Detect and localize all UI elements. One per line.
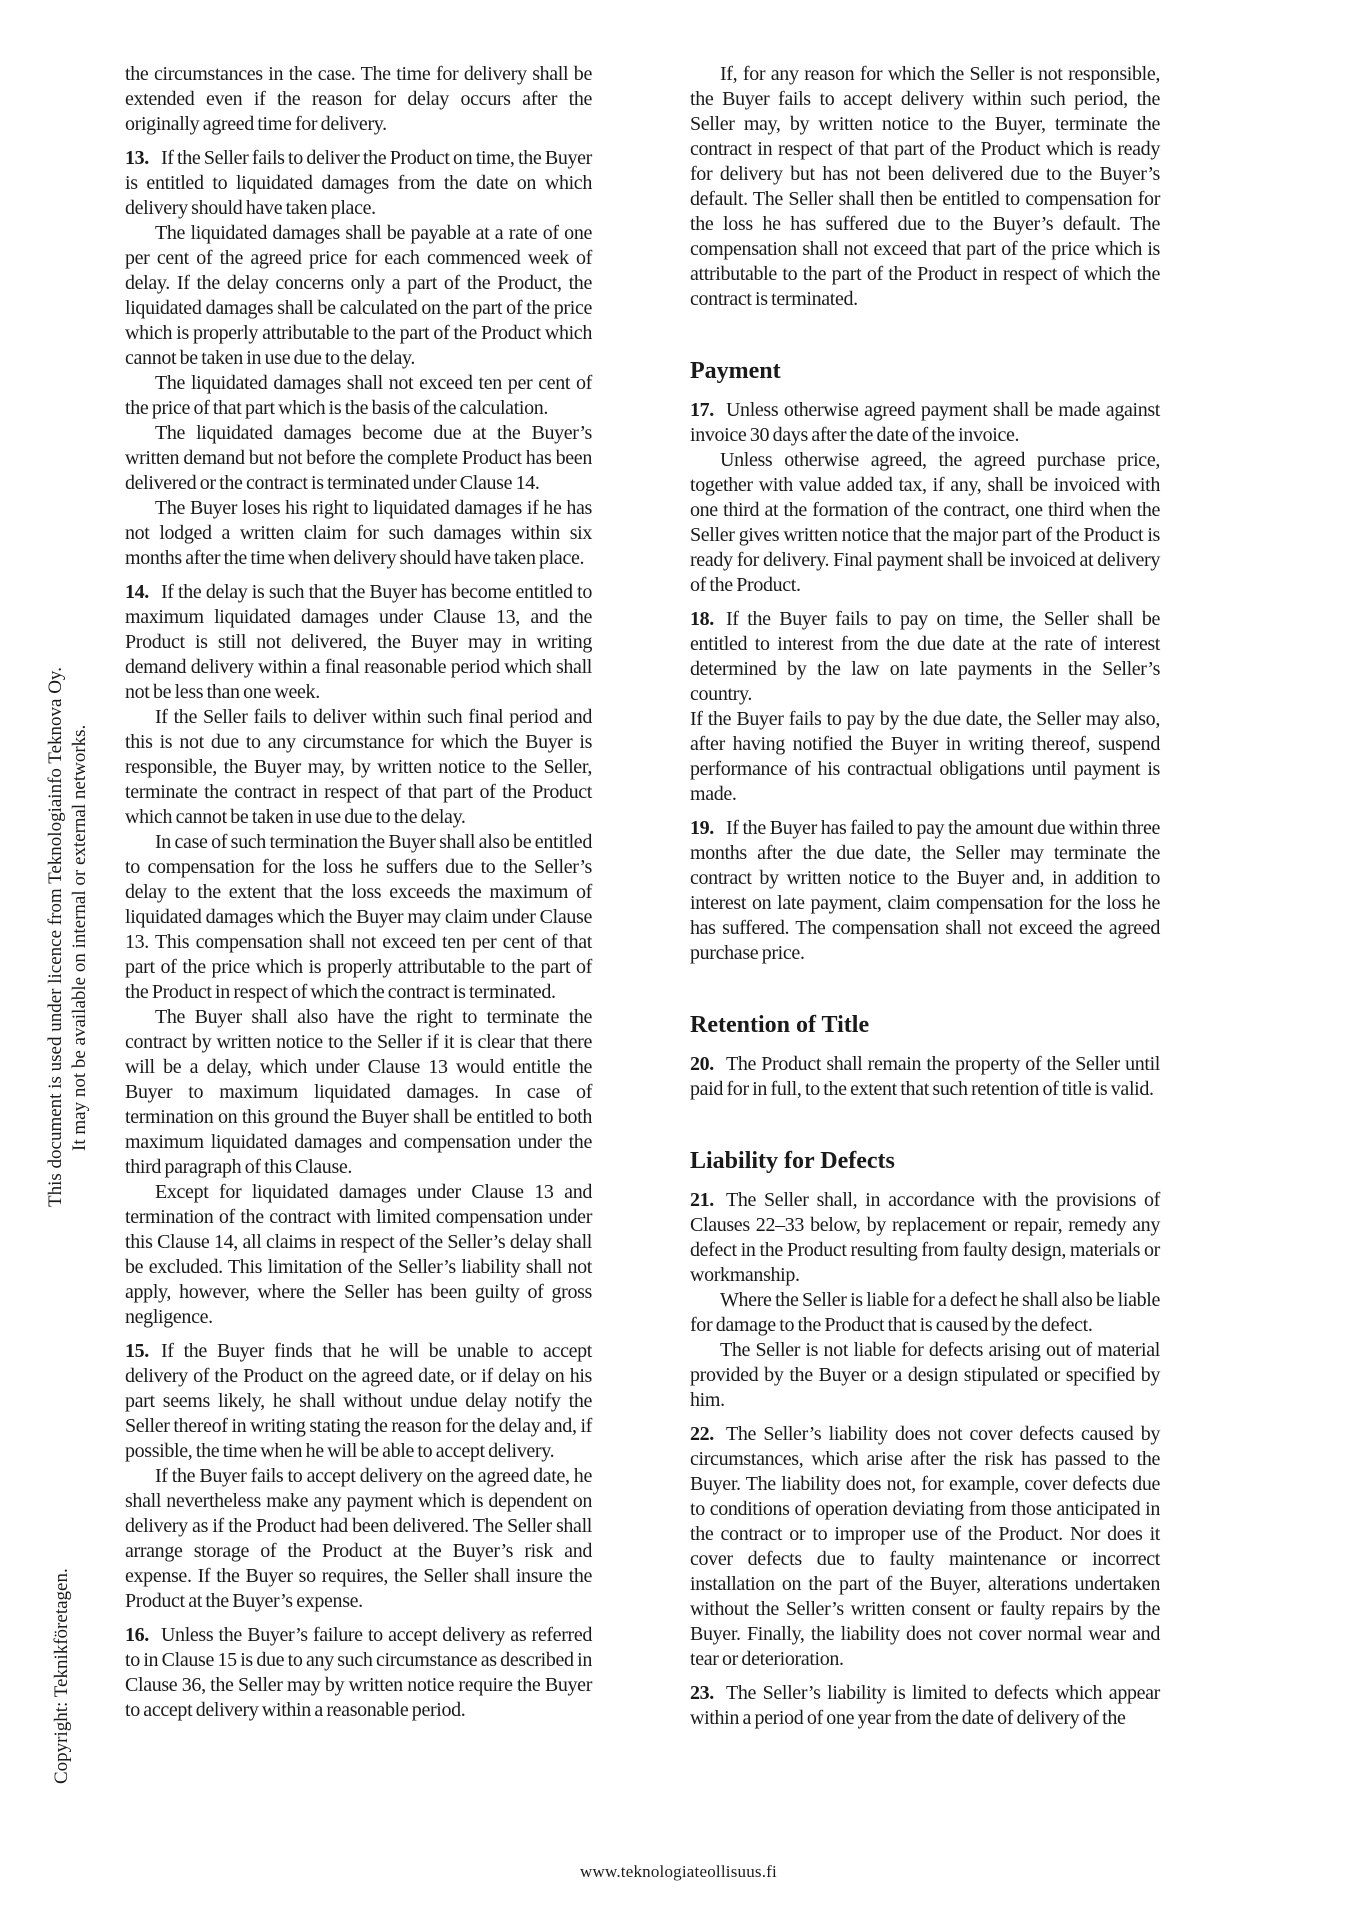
body-paragraph: Where the Seller is liable for a defect … <box>690 1288 1160 1338</box>
text-column-right: If, for any reason for which the Seller … <box>690 62 1160 1731</box>
licence-notice: This document is used under licence from… <box>44 645 92 1230</box>
body-paragraph: If, for any reason for which the Seller … <box>690 62 1160 312</box>
body-paragraph: If the Seller fails to deliver within su… <box>125 705 592 830</box>
section-heading: Payment <box>690 356 1160 386</box>
section-heading: Retention of Title <box>690 1010 1160 1040</box>
clause-paragraph: 21.The Seller shall, in accordance with … <box>690 1188 1160 1288</box>
body-paragraph: The Buyer loses his right to liquidated … <box>125 496 592 571</box>
clause-number: 19. <box>690 817 726 839</box>
body-paragraph: If the Buyer fails to pay by the due dat… <box>690 707 1160 807</box>
licence-line-1: This document is used under licence from… <box>44 645 68 1230</box>
clause-paragraph: 18.If the Buyer fails to pay on time, th… <box>690 607 1160 707</box>
body-paragraph: the circumstances in the case. The time … <box>125 62 592 137</box>
copyright-notice: Copyright: Teknikföretagen. <box>50 1540 74 1812</box>
section-heading: Liability for Defects <box>690 1146 1160 1176</box>
document-page: This document is used under licence from… <box>0 0 1357 1920</box>
clause-paragraph: 23.The Seller’s liability is limited to … <box>690 1681 1160 1731</box>
body-paragraph: The Buyer shall also have the right to t… <box>125 1005 592 1180</box>
clause-number: 16. <box>125 1624 161 1646</box>
clause-paragraph: 16.Unless the Buyer’s failure to accept … <box>125 1623 592 1723</box>
clause-number: 14. <box>125 581 161 603</box>
body-paragraph: In case of such termination the Buyer sh… <box>125 830 592 1005</box>
clause-paragraph: 19.If the Buyer has failed to pay the am… <box>690 816 1160 966</box>
clause-number: 21. <box>690 1189 726 1211</box>
body-paragraph: The liquidated damages shall be payable … <box>125 221 592 371</box>
clause-number: 20. <box>690 1053 726 1075</box>
clause-paragraph: 14.If the delay is such that the Buyer h… <box>125 580 592 705</box>
clause-number: 22. <box>690 1423 726 1445</box>
body-paragraph: The Seller is not liable for defects ari… <box>690 1338 1160 1413</box>
body-paragraph: The liquidated damages shall not exceed … <box>125 371 592 421</box>
clause-number: 17. <box>690 399 726 421</box>
licence-line-2: It may not be available on internal or e… <box>68 645 92 1230</box>
clause-paragraph: 13.If the Seller fails to deliver the Pr… <box>125 146 592 221</box>
clause-paragraph: 15.If the Buyer finds that he will be un… <box>125 1339 592 1464</box>
clause-paragraph: 17.Unless otherwise agreed payment shall… <box>690 398 1160 448</box>
body-paragraph: Unless otherwise agreed, the agreed purc… <box>690 448 1160 598</box>
clause-number: 23. <box>690 1682 726 1704</box>
body-paragraph: The liquidated damages become due at the… <box>125 421 592 496</box>
footer-url: www.teknologiateollisuus.fi <box>0 1862 1357 1882</box>
clause-number: 15. <box>125 1340 161 1362</box>
clause-number: 13. <box>125 147 161 169</box>
body-paragraph: Except for liquidated damages under Clau… <box>125 1180 592 1330</box>
clause-paragraph: 22.The Seller’s liability does not cover… <box>690 1422 1160 1672</box>
clause-number: 18. <box>690 608 726 630</box>
clause-paragraph: 20.The Product shall remain the property… <box>690 1052 1160 1102</box>
body-paragraph: If the Buyer fails to accept delivery on… <box>125 1464 592 1614</box>
text-column-left: the circumstances in the case. The time … <box>125 62 592 1723</box>
